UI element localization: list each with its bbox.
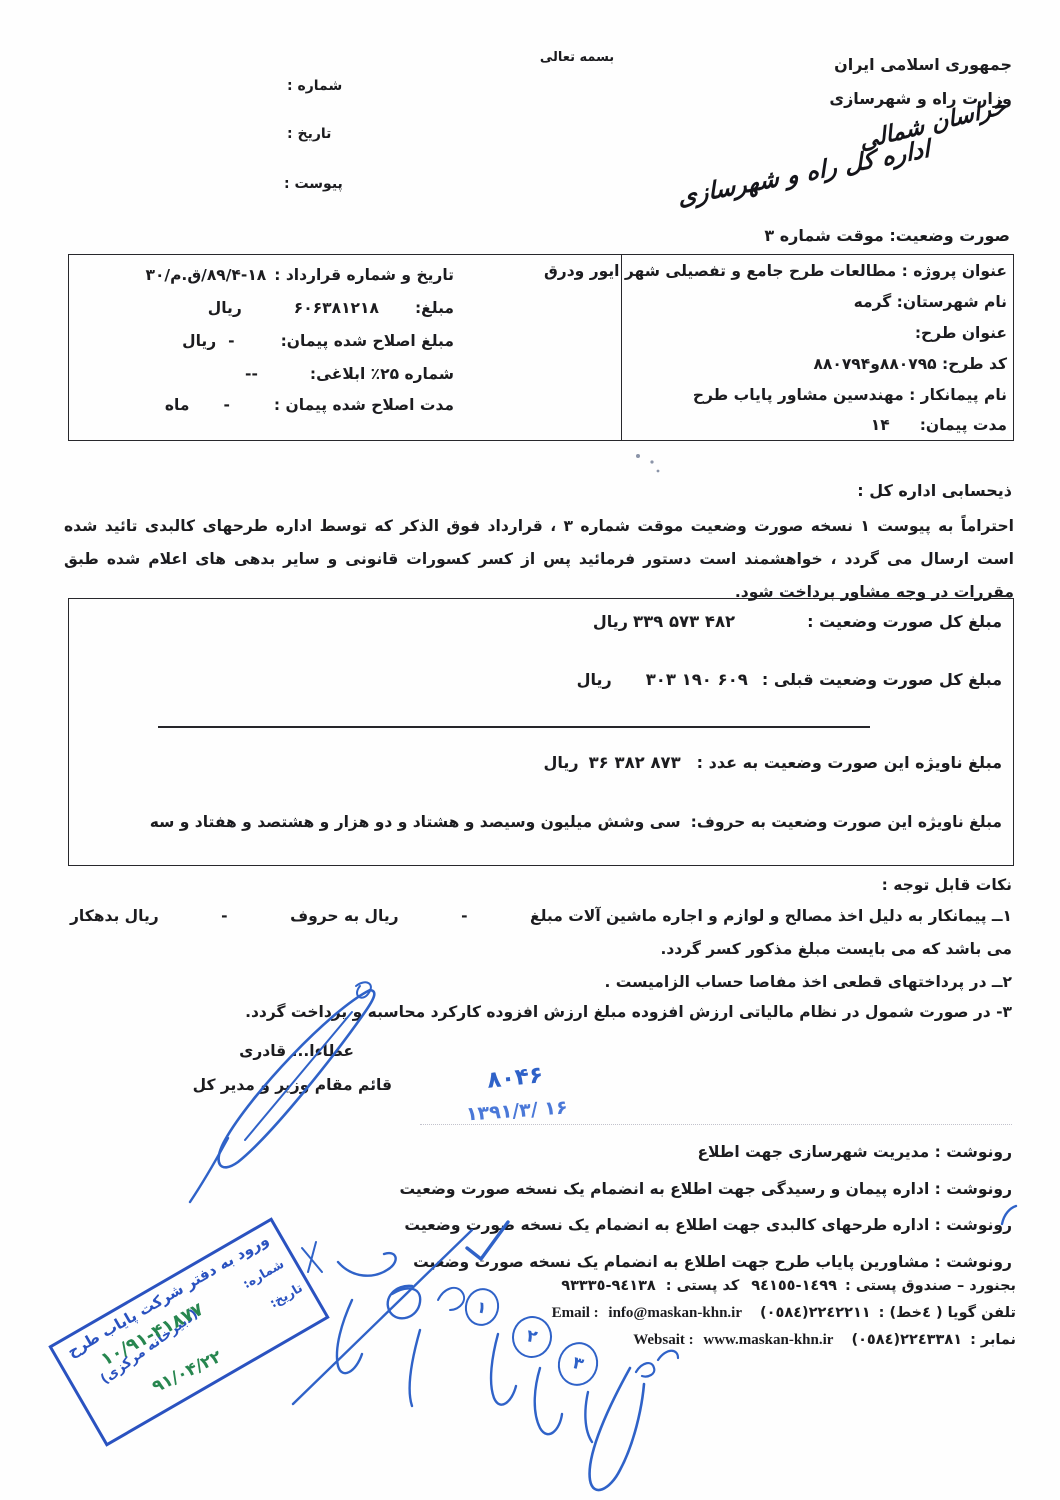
total-amount-row: مبلغ کل صورت وضعیت : ۳۳۹ ۵۷۳ ۴۸۲ ریال: [593, 612, 1002, 633]
amended-amount-row: مبلغ اصلاح شده پیمان: - ریال: [182, 332, 454, 351]
table-divider: [621, 254, 622, 441]
letter-number-label: شماره :: [287, 78, 342, 96]
project-title: عنوان پروژه : مطالعات طرح جامع و تفصیلی …: [544, 262, 1007, 281]
contract-amount-row: مبلغ: ۶۰۶۳۸۱۲۱۸ ریال: [208, 299, 454, 318]
hand-circle-1: ۱: [461, 1284, 503, 1329]
note-item-3: ۳- در صورت شمول در نظام مالیاتی ارزش افز…: [245, 1003, 1012, 1022]
note1-text: ۱ــ پیمانکار به دلیل اخذ مصالح و لوازم و…: [530, 907, 1012, 926]
total-amount-value: ۳۳۹ ۵۷۳ ۴۸۲: [633, 612, 735, 633]
notified25-row: شماره ۲۵٪ ابلاغی: --: [245, 365, 454, 384]
footer-pobox-value: ١٤٩٩-٩٤١٥٥: [751, 1277, 837, 1295]
note1-words-label: ریال به حروف: [290, 907, 398, 926]
note-item-1: ۱ــ پیمانکار به دلیل اخذ مصالح و لوازم و…: [70, 907, 1012, 926]
notes-heading: نکات قابل توجه :: [882, 876, 1012, 895]
amended-duration-label: مدت اصلاح شده پیمان :: [274, 396, 454, 415]
plan-code: کد طرح: ۸۸۰۷۹۵و۸۸۰۷۹۴: [813, 355, 1007, 374]
handwriting-scribble-9: [636, 1351, 678, 1377]
footer-phone-row: تلفن گویا ( ٤خط) : (٠٥٨٤)٢٢٤٢٢١١ Email :…: [552, 1304, 1016, 1323]
net-amount-digits-label: مبلغ ناویژه این صورت وضعیت به عدد :: [697, 753, 1002, 773]
stamp-date-label: تاریخ:: [267, 1280, 305, 1311]
amended-amount-unit: ریال: [182, 332, 216, 351]
amended-duration-row: مدت اصلاح شده پیمان : - ماه: [165, 396, 454, 415]
footer-address-row: بجنورد – صندوق پستی : ١٤٩٩-٩٤١٥٥ کد پستی…: [561, 1277, 1016, 1295]
total-amount-unit: ریال: [593, 612, 628, 632]
handwriting-scribble-7: [535, 1368, 562, 1434]
signature-tail: [190, 1138, 228, 1202]
notified25-label: شماره ۲۵٪ ابلاغی:: [310, 365, 454, 384]
footer-email: Email : info@maskan-khn.ir: [552, 1304, 742, 1323]
handwriting-scribble-5: [438, 1288, 464, 1310]
stamp-number-label: شماره:: [240, 1256, 286, 1291]
note1-blank-words: -: [221, 907, 227, 926]
signatory-name: عطاءا... قادری: [239, 1042, 354, 1061]
org-country: جمهوری اسلامی ایران: [834, 55, 1012, 75]
previous-amount-label: مبلغ کل صورت وضعیت قبلی :: [762, 670, 1002, 690]
signature-flourish: [356, 982, 371, 997]
note-item-2: ۲ــ در پرداختهای قطعی اخذ مفاصا حساب الز…: [604, 973, 1012, 992]
copy-line-3: رونوشت : اداره طرحهای کالبدی جهت اطلاع ب…: [399, 1207, 1012, 1244]
notified25-value: --: [245, 365, 258, 384]
accounting-heading: ذیحسابی اداره کل :: [857, 481, 1012, 501]
contract-number-row: تاریخ و شماره قرارداد : ۸۹/۴-۱۸/ق.م/۳۰: [145, 266, 454, 285]
contract-amount-value: ۶۰۶۳۸۱۲۱۸: [294, 299, 379, 318]
amended-amount-value: -: [228, 332, 234, 351]
footer-email-value: info@maskan-khn.ir: [608, 1305, 742, 1321]
scan-specks: [636, 454, 659, 472]
note1-blank-amount: -: [461, 907, 467, 926]
contract-duration: مدت پیمان: ۱۴: [871, 416, 1007, 435]
note1-debtor-label: ریال بدهکار: [70, 907, 159, 926]
county-name: نام شهرستان: گرمه: [854, 293, 1007, 312]
footer-website-value: www.maskan-khn.ir: [703, 1332, 833, 1348]
statement-title: صورت وضعیت: موقت شماره ۳: [764, 226, 1010, 246]
footer-fax-value: (٠٥٨٤)٢٢٤٣٣٨١: [851, 1331, 962, 1349]
handwriting-scribble-1: [338, 1253, 396, 1276]
handwriting-scribble-2: [337, 1300, 362, 1373]
amended-amount-label: مبلغ اصلاح شده پیمان:: [281, 332, 454, 351]
net-amount-words-value: سی وشش میلیون وسیصد و هشتاد و دو هزار و …: [150, 813, 681, 832]
amended-duration-value: -: [223, 396, 229, 415]
contract-amount-unit: ریال: [208, 299, 242, 318]
footer-email-label: Email :: [552, 1305, 599, 1321]
contractor-name: نام پیمانکار : مهندسین مشاور پایاب طرح: [693, 386, 1007, 405]
copy-line-2: رونوشت : اداره پیمان و رسیدگی جهت اطلاع …: [399, 1171, 1012, 1208]
contract-duration-value: ۱۴: [871, 416, 890, 435]
hand-circle-3: ۳: [553, 1337, 604, 1390]
contract-duration-label: مدت پیمان:: [920, 416, 1007, 435]
plan-title: عنوان طرح:: [915, 324, 1007, 343]
stamp-title: ورود به دفتر شرکت پایاب طرح: [54, 1225, 281, 1367]
previous-amount-value: ۳۰۳ ۱۹۰ ۶۰۹: [646, 670, 748, 691]
hand-circle-3-digit: ۳: [570, 1353, 586, 1375]
note-item-1-cont: می باشد که می بایست مبلغ مذکور کسر گردد.: [660, 940, 1012, 959]
footer-phone-label: تلفن گویا ( ٤خط) :: [879, 1304, 1016, 1322]
footer-fax-row: نمابر : (٠٥٨٤)٢٢٤٣٣٨١ Websait : www.mask…: [633, 1331, 1016, 1350]
footer-postal-label: کد پستی :: [666, 1277, 740, 1295]
footer-phone-value: (٠٥٨٤)٢٢٤٢٢١١: [760, 1304, 871, 1322]
footer-website: Websait : www.maskan-khn.ir: [633, 1331, 833, 1350]
handwritten-date: ۱۳۹۱/۳/ ۱۶: [465, 1096, 568, 1127]
footer-pobox-label: بجنورد – صندوق پستی :: [845, 1277, 1016, 1295]
previous-amount-unit: ریال: [577, 670, 612, 690]
copy-line-1: رونوشت : مدیریت شهرسازی جهت اطلاع: [399, 1134, 1012, 1171]
copy-line-4: رونوشت : مشاورین پایاب طرح جهت اطلاع به …: [399, 1244, 1012, 1281]
handwriting-scribble-11: [302, 1242, 322, 1272]
footer-postal-value: ٩٤١٣٨-٩٣٣٣٥: [561, 1277, 656, 1295]
copies-list: رونوشت : مدیریت شهرسازی جهت اطلاع رونوشت…: [399, 1134, 1012, 1280]
amounts-separator-line: [158, 726, 870, 728]
company-entry-stamp: ورود به دفتر شرکت پایاب طرح (دبیرخانه مر…: [48, 1217, 329, 1446]
bismillah: بسمه تعالی: [517, 50, 637, 66]
letter-date-label: تاریخ :: [287, 126, 331, 144]
org-office-name: اداره کل راه و شهرسازی: [677, 134, 931, 213]
scanned-letter-page: بسمه تعالی جمهوری اسلامی ایران وزارت راه…: [0, 0, 1060, 1500]
contract-amount-label: مبلغ:: [415, 299, 454, 318]
handwritten-registration-number: ۸۰۴۶: [486, 1061, 545, 1095]
hand-circle-2: ۲: [509, 1313, 556, 1361]
handwriting-scribble-3: [388, 1286, 421, 1319]
net-amount-words-label: مبلغ ناویژه این صورت وضعیت به حروف:: [691, 813, 1002, 832]
signatory-role: قائم مقام وزیر و مدیر کل: [193, 1076, 392, 1095]
previous-amount-row: مبلغ کل صورت وضعیت قبلی : ۳۰۳ ۱۹۰ ۶۰۹ ری…: [577, 670, 1002, 691]
handwriting-scribble-8: [585, 1392, 592, 1442]
letter-attachment-label: پیوست :: [284, 176, 343, 194]
hand-circle-2-digit: ۲: [525, 1326, 539, 1348]
net-amount-digits-row: مبلغ ناویژه این صورت وضعیت به عدد : ۳۶ ۳…: [544, 753, 1003, 774]
footer-fax-label: نمابر :: [970, 1331, 1016, 1349]
net-amount-digits-value: ۳۶ ۳۸۲ ۸۷۳: [589, 753, 681, 774]
amended-duration-unit: ماه: [165, 396, 190, 415]
net-amount-words-row: مبلغ ناویژه این صورت وضعیت به حروف: سی و…: [150, 813, 1002, 832]
perforation-dotted-line: [420, 1124, 1012, 1125]
accounting-body: احتراماً به پیوست ۱ نسخه صورت وضعیت موقت…: [64, 510, 1014, 609]
contract-number-value: ۸۹/۴-۱۸/ق.م/۳۰: [145, 266, 266, 285]
hand-circle-1-digit: ۱: [475, 1297, 489, 1318]
contract-number-label: تاریخ و شماره قرارداد :: [274, 266, 454, 285]
total-amount-label: مبلغ کل صورت وضعیت :: [807, 612, 1002, 632]
net-amount-digits-unit: ریال: [544, 753, 579, 773]
handwriting-scribble-10: [590, 1368, 644, 1490]
footer-website-label: Websait :: [633, 1332, 693, 1348]
handwriting-scribble-4: [410, 1330, 420, 1406]
